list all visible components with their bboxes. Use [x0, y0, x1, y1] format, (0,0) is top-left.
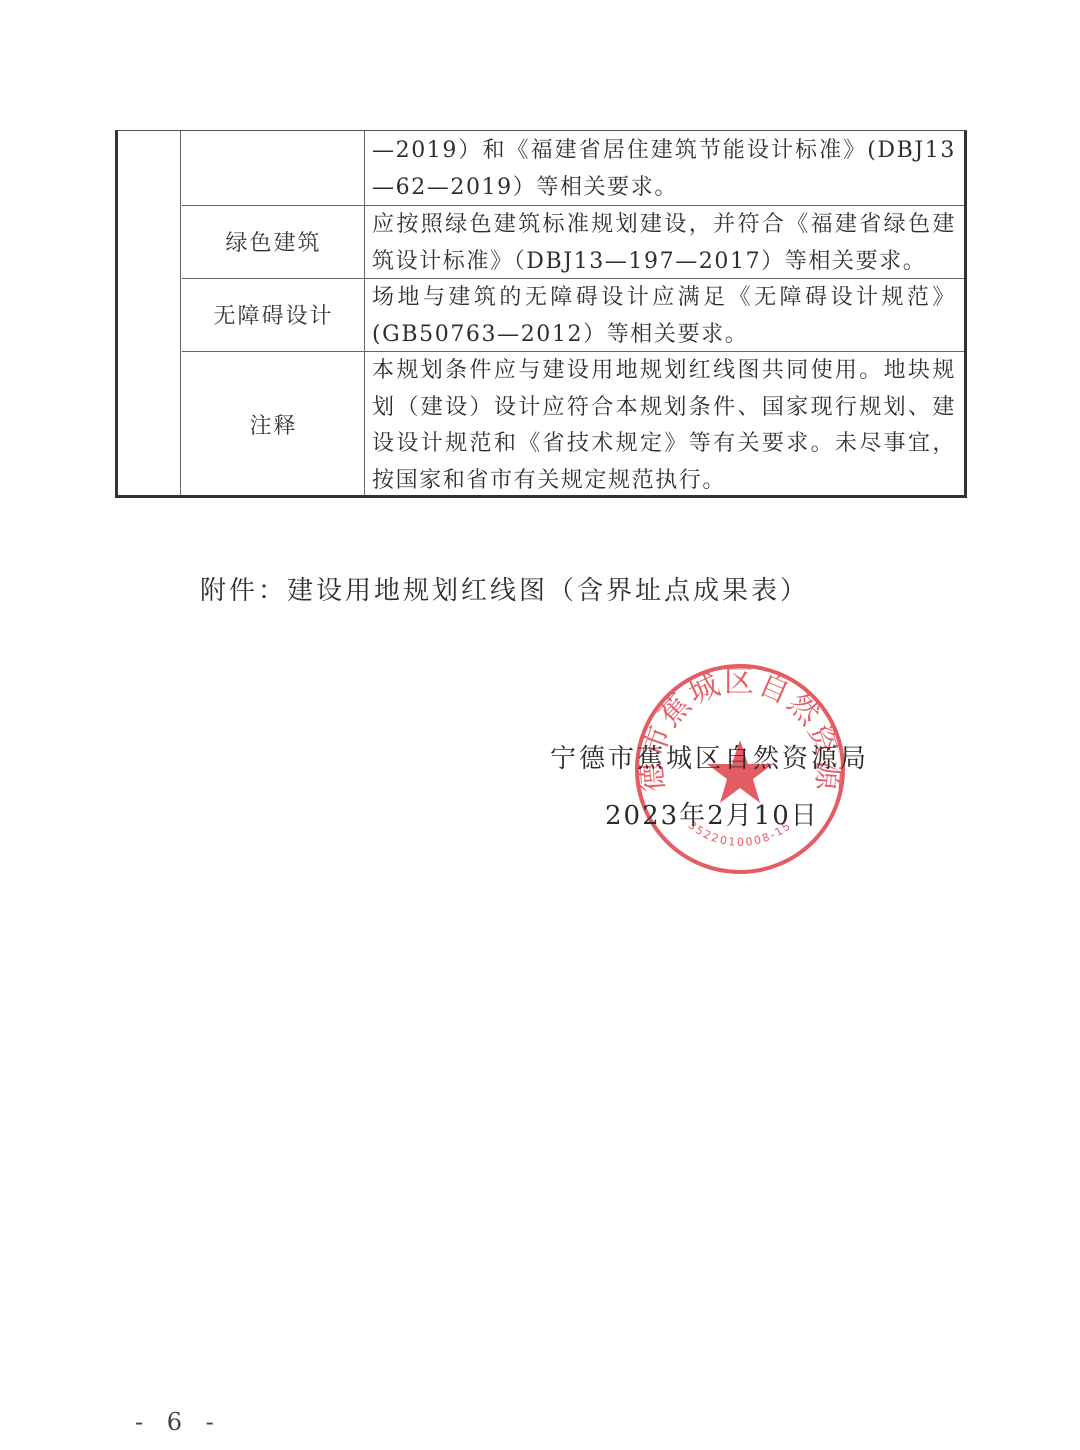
row-label [182, 131, 365, 205]
planning-conditions-table: —2019）和《福建省居住建筑节能设计标准》(DBJ13—62—2019）等相关… [115, 130, 967, 498]
table-row-energy: —2019）和《福建省居住建筑节能设计标准》(DBJ13—62—2019）等相关… [182, 131, 964, 206]
table-row-notes: 注释 本规划条件应与建设用地规划红线图共同使用。地块规划（建设）设计应符合本规划… [182, 351, 964, 497]
table-row-accessibility: 无障碍设计 场地与建筑的无障碍设计应满足《无障碍设计规范》(GB50763—20… [182, 278, 964, 352]
row-content: 场地与建筑的无障碍设计应满足《无障碍设计规范》(GB50763—2012）等相关… [372, 278, 956, 351]
row-label: 无障碍设计 [182, 278, 365, 351]
row-content: 本规划条件应与建设用地规划红线图共同使用。地块规划（建设）设计应符合本规划条件、… [372, 351, 956, 497]
row-label: 注释 [182, 351, 365, 497]
row-label: 绿色建筑 [182, 205, 365, 278]
issuing-organization: 宁德市蕉城区自然资源局 [550, 738, 869, 775]
row-content: —2019）和《福建省居住建筑节能设计标准》(DBJ13—62—2019）等相关… [372, 131, 956, 205]
row-content: 应按照绿色建筑标准规划建设，并符合《福建省绿色建筑设计标准》（DBJ13—197… [372, 205, 956, 278]
issue-date: 2023年2月10日 [605, 795, 819, 832]
table-divider-1 [180, 131, 181, 495]
table-row-green-building: 绿色建筑 应按照绿色建筑标准规划建设，并符合《福建省绿色建筑设计标准》（DBJ1… [182, 205, 964, 279]
page-number: - 6 - [135, 1408, 222, 1436]
attachment-note: 附件：建设用地规划红线图（含界址点成果表） [200, 570, 809, 607]
